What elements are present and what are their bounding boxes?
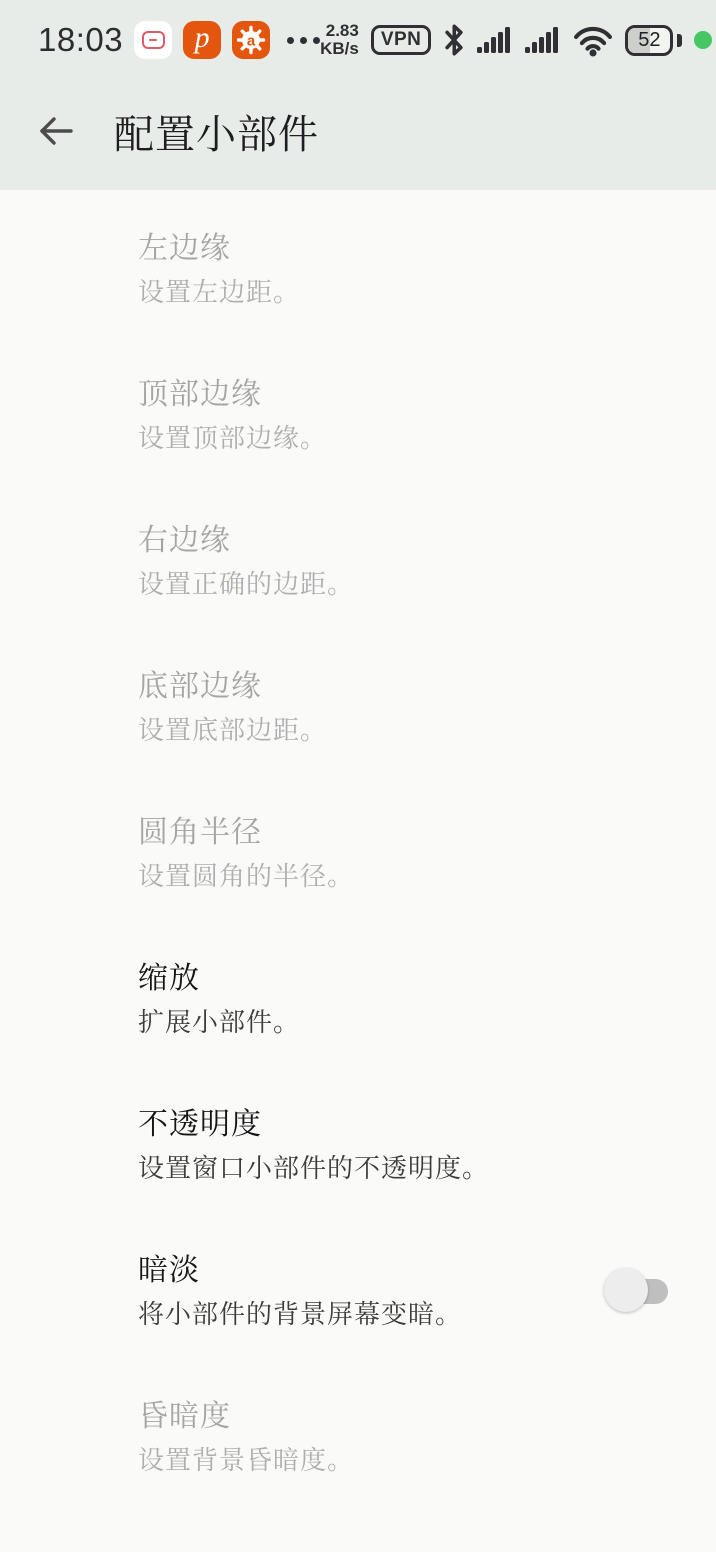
network-speed: 2.83 KB/s xyxy=(320,22,359,58)
status-bar: 18:03 p a xyxy=(0,0,716,80)
top-chrome: 18:03 p a xyxy=(0,0,716,190)
pref-subtitle: 扩展小部件。 xyxy=(138,1005,300,1039)
pref-left-margin: 左边缘 设置左边距。 xyxy=(0,196,716,342)
postman-app-icon: p xyxy=(183,21,221,59)
pref-subtitle: 设置左边距。 xyxy=(138,275,300,309)
back-button[interactable] xyxy=(34,109,78,153)
pref-title: 右边缘 xyxy=(138,522,354,560)
clock: 18:03 xyxy=(38,21,123,59)
pref-bottom-margin: 底部边缘 设置底部边距。 xyxy=(0,634,716,780)
preference-list: 左边缘 设置左边距。 顶部边缘 设置顶部边缘。 右边缘 设置正确的边距。 底部边… xyxy=(0,190,716,1510)
cellular-signal-icon-sim2 xyxy=(525,26,561,54)
gear-a-app-icon: a xyxy=(232,21,270,59)
pref-subtitle: 设置背景昏暗度。 xyxy=(138,1443,354,1477)
pref-title: 顶部边缘 xyxy=(138,376,327,414)
privacy-indicator-dot xyxy=(694,31,712,49)
pref-subtitle: 将小部件的背景屏幕变暗。 xyxy=(138,1297,462,1331)
pref-scale[interactable]: 缩放 扩展小部件。 xyxy=(0,926,716,1072)
battery-icon: 52 xyxy=(625,25,673,56)
pref-subtitle: 设置圆角的半径。 xyxy=(138,859,354,893)
pref-title: 不透明度 xyxy=(138,1106,489,1144)
bluetooth-icon xyxy=(443,22,465,58)
pref-dimness: 昏暗度 设置背景昏暗度。 xyxy=(0,1364,716,1510)
wifi-icon xyxy=(573,24,613,57)
status-bar-left: 18:03 p a xyxy=(38,21,320,59)
pref-corner-radius: 圆角半径 设置圆角的半径。 xyxy=(0,780,716,926)
pref-top-margin: 顶部边缘 设置顶部边缘。 xyxy=(0,342,716,488)
pref-title: 圆角半径 xyxy=(138,814,354,852)
vpn-badge: VPN xyxy=(371,25,432,55)
chat-app-icon xyxy=(134,21,172,59)
more-notifications-icon xyxy=(287,37,320,44)
pref-right-margin: 右边缘 设置正确的边距。 xyxy=(0,488,716,634)
pref-subtitle: 设置窗口小部件的不透明度。 xyxy=(138,1151,489,1185)
svg-text:a: a xyxy=(247,33,256,50)
pref-opacity[interactable]: 不透明度 设置窗口小部件的不透明度。 xyxy=(0,1072,716,1218)
pref-dim[interactable]: 暗淡 将小部件的背景屏幕变暗。 xyxy=(0,1218,716,1364)
status-bar-right: 2.83 KB/s VPN xyxy=(320,22,712,58)
pref-subtitle: 设置正确的边距。 xyxy=(138,567,354,601)
cellular-signal-icon-sim1 xyxy=(477,26,513,54)
switch-thumb xyxy=(604,1268,648,1312)
dim-toggle-switch[interactable] xyxy=(604,1267,668,1315)
back-arrow-icon xyxy=(37,114,75,148)
pref-title: 底部边缘 xyxy=(138,668,327,706)
pref-title: 左边缘 xyxy=(138,230,300,268)
pref-subtitle: 设置底部边距。 xyxy=(138,713,327,747)
pref-subtitle: 设置顶部边缘。 xyxy=(138,421,327,455)
pref-title: 缩放 xyxy=(138,960,300,998)
battery-cap xyxy=(677,34,682,47)
pref-title: 昏暗度 xyxy=(138,1398,354,1436)
battery-percent: 52 xyxy=(638,29,660,52)
app-header: 配置小部件 xyxy=(0,80,716,190)
android-screen: 18:03 p a xyxy=(0,0,716,1552)
pref-title: 暗淡 xyxy=(138,1252,462,1290)
page-title: 配置小部件 xyxy=(114,103,319,160)
